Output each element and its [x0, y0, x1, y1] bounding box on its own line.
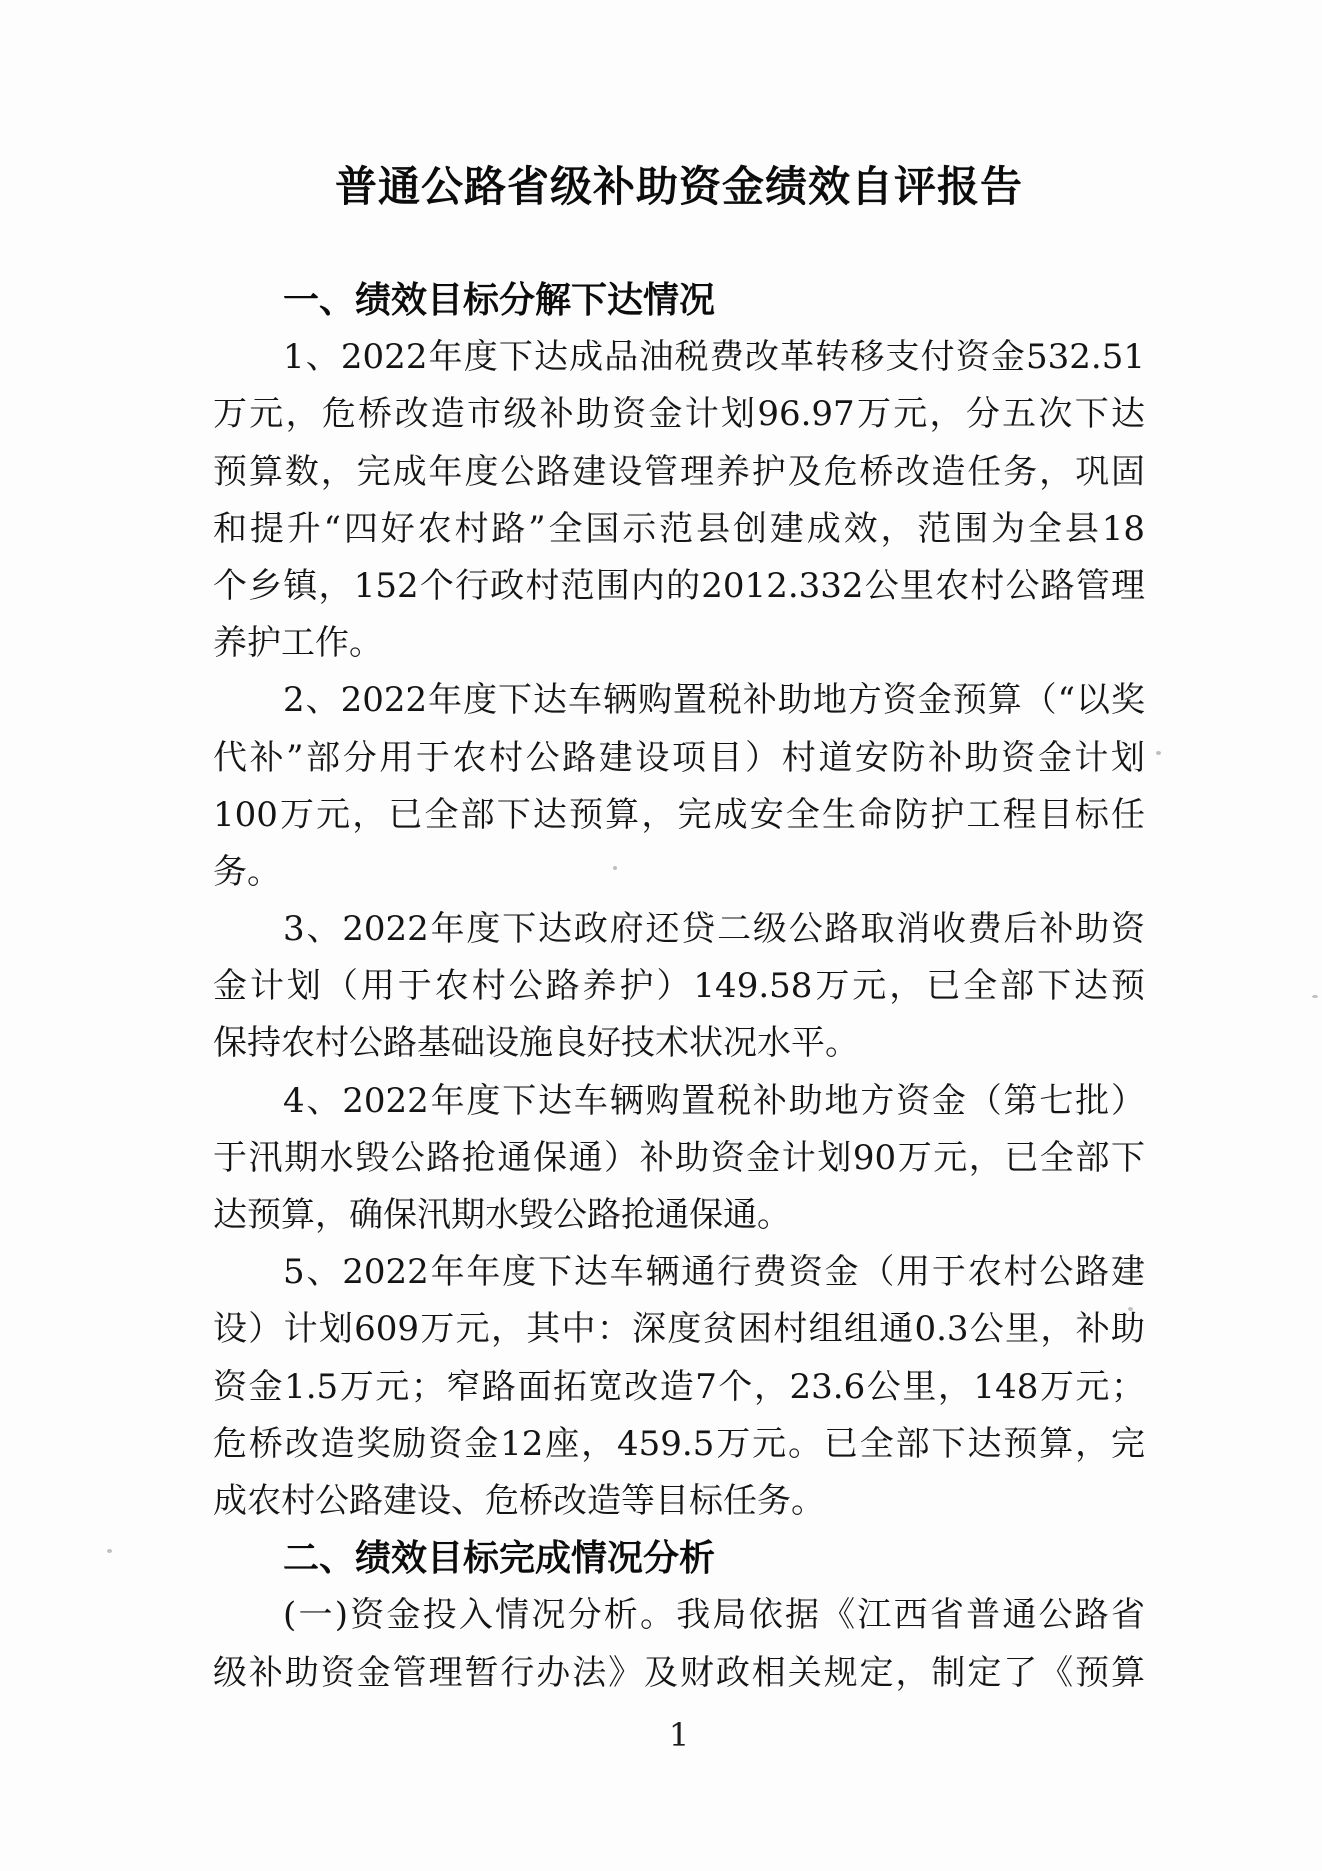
page-number: 1 [213, 1712, 1145, 1758]
document-line: 100万元，已全部下达预算，完成安全生命防护工程目标任 [213, 787, 1145, 844]
document-line: 危桥改造奖励资金12座，459.5万元。已全部下达预算，完 [213, 1416, 1145, 1473]
document-line: 个乡镇，152个行政村范围内的2012.332公里农村公路管理 [213, 558, 1145, 615]
document-line: 级补助资金管理暂行办法》及财政相关规定，制定了《预算 [213, 1645, 1145, 1702]
document-line: 于汛期水毁公路抢通保通）补助资金计划90万元，已全部下 [213, 1130, 1145, 1187]
document-line: 设）计划609万元，其中：深度贫困村组组通0.3公里，补助 [213, 1301, 1145, 1358]
document-line: 3、2022年度下达政府还贷二级公路取消收费后补助资 [213, 901, 1145, 958]
document-line: 金计划（用于农村公路养护）149.58万元，已全部下达预算， [213, 958, 1145, 1015]
document-line: 务。 [213, 844, 1145, 901]
document-line: 达预算，确保汛期水毁公路抢通保通。 [213, 1187, 1145, 1244]
document-line: 二、绩效目标完成情况分析 [213, 1530, 1145, 1587]
scan-speck [107, 1549, 112, 1553]
document-line: 5、2022年年度下达车辆通行费资金（用于农村公路建 [213, 1244, 1145, 1301]
document-line: 2、2022年度下达车辆购置税补助地方资金预算（“以奖 [213, 672, 1145, 729]
document-line: 代补”部分用于农村公路建设项目）村道安防补助资金计划 [213, 730, 1145, 787]
document-line: 一、绩效目标分解下达情况 [213, 272, 1145, 329]
document-line: 成农村公路建设、危桥改造等目标任务。 [213, 1473, 1145, 1530]
document-line: 资金1.5万元；窄路面拓宽改造7个，23.6公里，148万元； [213, 1359, 1145, 1416]
document-line: 4、2022年度下达车辆购置税补助地方资金（第七批）（用 [213, 1073, 1145, 1130]
scan-speck [1156, 751, 1161, 755]
document-line: 养护工作。 [213, 615, 1145, 672]
document-line: (一)资金投入情况分析。我局依据《江西省普通公路省 [213, 1587, 1145, 1644]
document-line: 保持农村公路基础设施良好技术状况水平。 [213, 1015, 1145, 1072]
document-line: 1、2022年度下达成品油税费改革转移支付资金532.51 [213, 329, 1145, 386]
document-line: 和提升“四好农村路”全国示范县创建成效，范围为全县18 [213, 501, 1145, 558]
document-line: 万元，危桥改造市级补助资金计划96.97万元，分五次下达 [213, 386, 1145, 443]
scan-speck [1128, 1307, 1133, 1311]
document-line: 预算数，完成年度公路建设管理养护及危桥改造任务，巩固 [213, 444, 1145, 501]
scan-speck [1312, 995, 1318, 998]
document-title: 普通公路省级补助资金绩效自评报告 [213, 160, 1145, 214]
scanned-document-page: 普通公路省级补助资金绩效自评报告 一、绩效目标分解下达情况1、2022年度下达成… [0, 0, 1322, 1871]
scan-speck [613, 866, 617, 870]
document-body: 一、绩效目标分解下达情况1、2022年度下达成品油税费改革转移支付资金532.5… [213, 272, 1145, 1702]
